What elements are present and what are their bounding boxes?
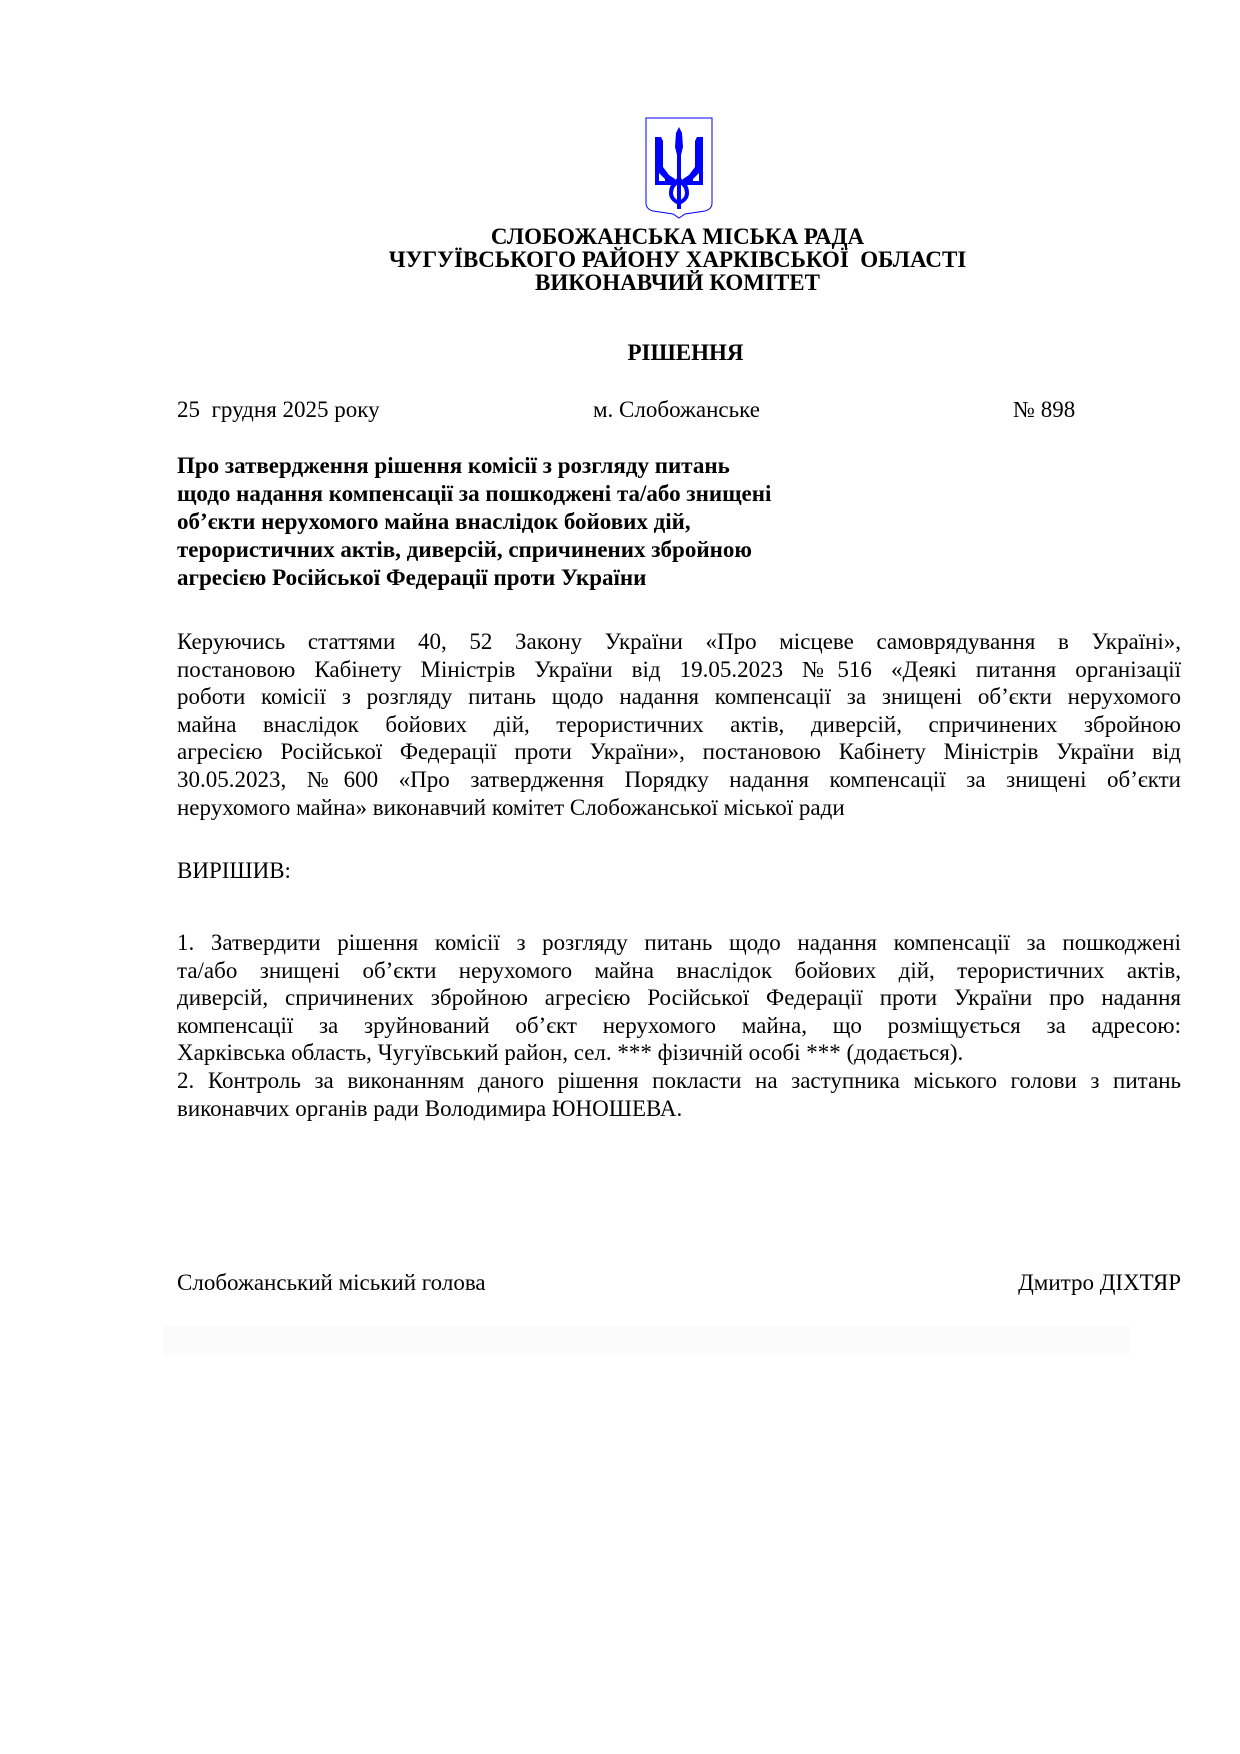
subject-line: терористичних актів, диверсій, спричинен… xyxy=(177,536,877,564)
item-line: 2. Контроль за виконанням даного рішення… xyxy=(177,1067,1181,1095)
decision-place: м. Слобожанське xyxy=(593,397,760,423)
item-line: компенсації за зруйнований об’єкт нерухо… xyxy=(177,1012,1181,1040)
decision-number: № 898 xyxy=(1013,397,1075,423)
preamble-line: Керуючись статтями 40, 52 Закону України… xyxy=(177,628,1181,656)
preamble-line: нерухомого майна» виконавчий комітет Сло… xyxy=(177,794,1181,822)
resolved-label: ВИРІШИВ: xyxy=(177,858,291,884)
subject-line: об’єкти нерухомого майна внаслідок бойов… xyxy=(177,508,877,536)
document-type-title: РІШЕННЯ xyxy=(0,341,1240,365)
ukraine-trident-coat-of-arms-icon xyxy=(645,117,713,219)
preamble-line: 30.05.2023, №600 «Про затвердження Поряд… xyxy=(177,766,1181,794)
preamble-paragraph: Керуючись статтями 40, 52 Закону України… xyxy=(177,628,1181,821)
item-line: виконавчих органів ради Володимира ЮНОШЕ… xyxy=(177,1095,1181,1123)
item-line: Харківська область, Чугуївський район, с… xyxy=(177,1039,1181,1067)
council-name-line-3: ВИКОНАВЧИЙ КОМІТЕТ xyxy=(0,271,1240,295)
subject-line: щодо надання компенсації за пошкоджені т… xyxy=(177,480,877,508)
preamble-line: роботи комісії з розгляду питань щодо на… xyxy=(177,683,1181,711)
decision-date: 25 грудня 2025 року xyxy=(177,397,380,423)
preamble-line: постановою Кабінету Міністрів України ві… xyxy=(177,656,1181,684)
preamble-line: агресією Російської Федерації проти Укра… xyxy=(177,738,1181,766)
signatory-name: Дмитро ДІХТЯР xyxy=(1018,1270,1181,1296)
signatory-position: Слобожанський міський голова xyxy=(177,1270,486,1296)
item-line: диверсій, спричинених збройною агресією … xyxy=(177,984,1181,1012)
subject-line: Про затвердження рішення комісії з розгл… xyxy=(177,452,877,480)
subject-line: агресією Російської Федерації проти Укра… xyxy=(177,564,877,592)
decision-item-2: 2. Контроль за виконанням даного рішення… xyxy=(177,1067,1181,1122)
decision-item-1: 1. Затвердити рішення комісії з розгляду… xyxy=(177,929,1181,1067)
item-line: 1. Затвердити рішення комісії з розгляду… xyxy=(177,929,1181,957)
decision-subject: Про затвердження рішення комісії з розгл… xyxy=(177,452,877,592)
faint-background-band xyxy=(163,1326,1130,1355)
council-name-line-1: СЛОБОЖАНСЬКА МІСЬКА РАДА xyxy=(0,225,1240,249)
preamble-line: майна внаслідок бойових дій, терористичн… xyxy=(177,711,1181,739)
council-name-line-2: ЧУГУЇВСЬКОГО РАЙОНУ ХАРКІВСЬКОЇ ОБЛАСТІ xyxy=(0,248,1240,272)
item-line: та/або знищені об’єкти нерухомого майна … xyxy=(177,957,1181,985)
